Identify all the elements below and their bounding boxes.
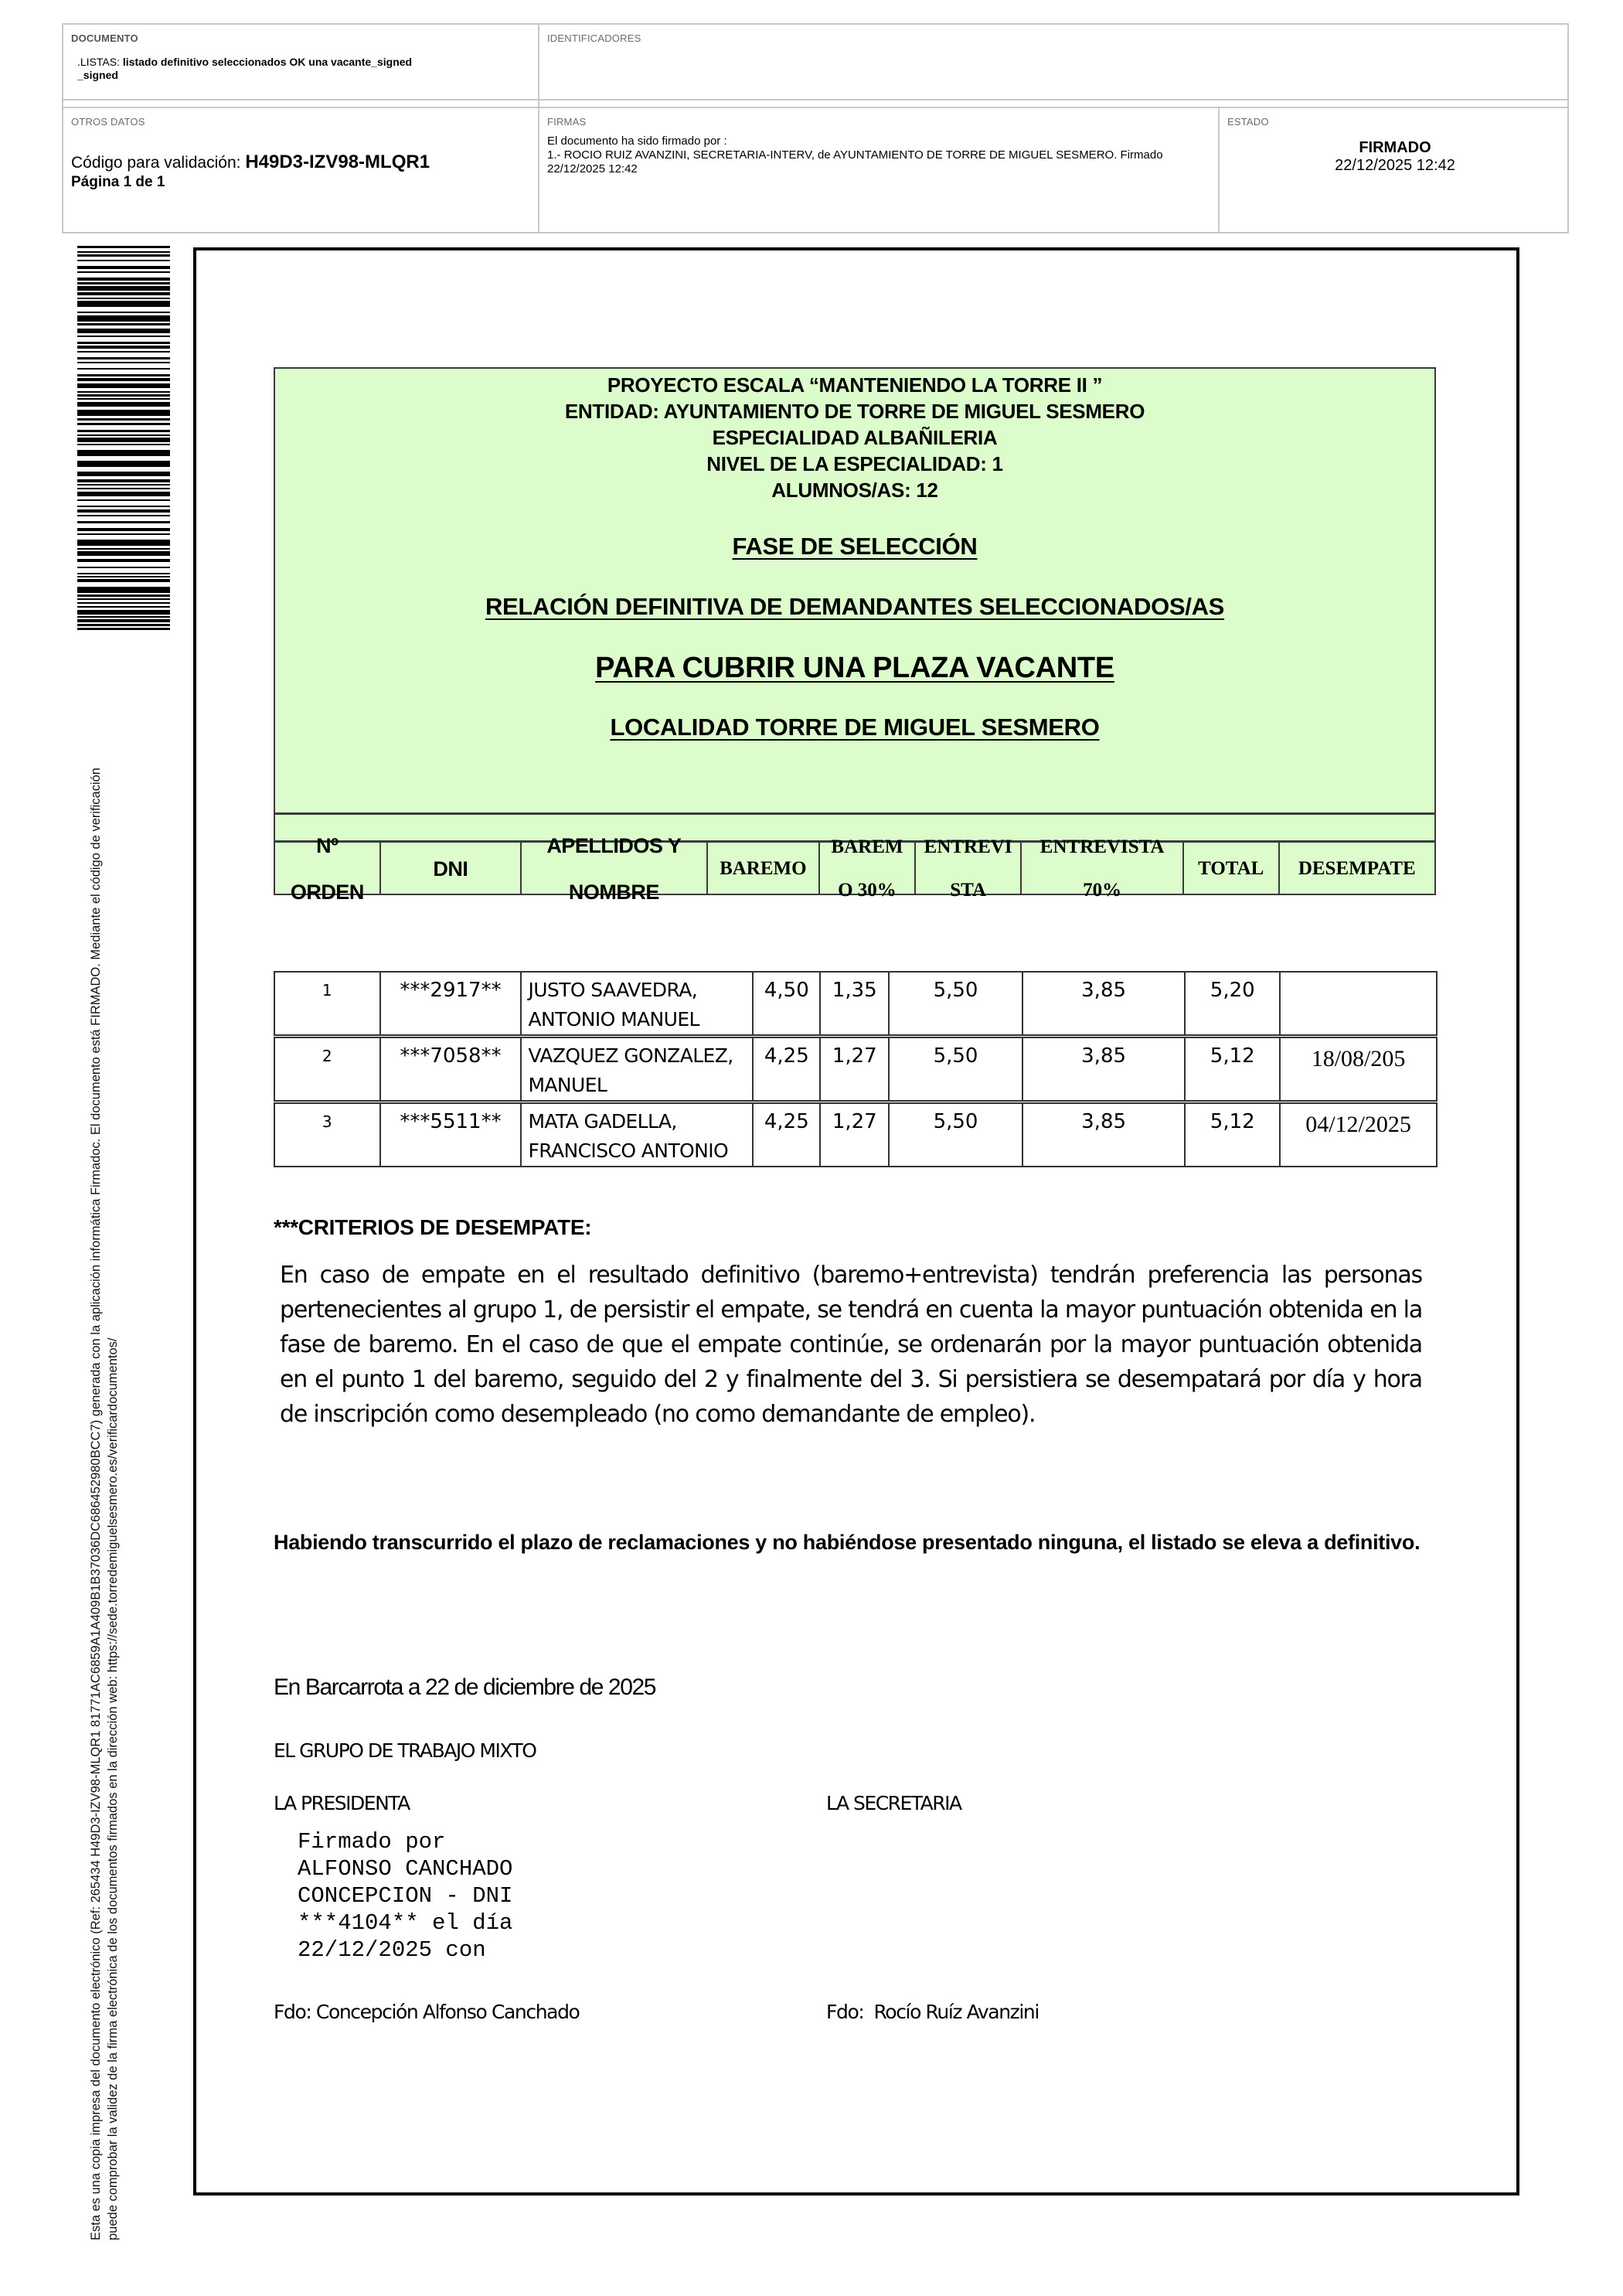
firmas-label: FIRMAS — [547, 116, 586, 128]
desempate-cell: 04/12/2025 — [1280, 1102, 1437, 1167]
divider — [275, 812, 1434, 815]
locality-title: LOCALIDAD TORRE DE MIGUEL SESMERO — [610, 714, 1099, 741]
purpose-title: PARA CUBRIR UNA PLAZA VACANTE — [595, 652, 1114, 684]
criteria-body: En caso de empate en el resultado defini… — [280, 1258, 1422, 1432]
header-block: PROYECTO ESCALA “MANTENIENDO LA TORRE II… — [274, 367, 1436, 895]
baremo-cell: 4,25 — [753, 1102, 820, 1167]
identificadores-box: IDENTIFICADORES — [538, 23, 1569, 100]
verification-side-note: Esta es una copia impresa del documento … — [87, 768, 121, 2240]
name-cell: MATA GADELLA,FRANCISCO ANTONIO — [521, 1102, 753, 1167]
name-cell: VAZQUEZ GONZALEZ,MANUEL — [521, 1037, 753, 1102]
validation-label: Código para validación: — [71, 154, 245, 172]
baremo-cell: 4,50 — [753, 972, 820, 1037]
table-row: 2***7058**VAZQUEZ GONZALEZ,MANUEL4,251,2… — [274, 1037, 1437, 1102]
column-header: BAREMO 30% — [820, 842, 916, 895]
documento-label: DOCUMENTO — [71, 32, 138, 44]
digital-signature-stamp: Firmado por ALFONSO CANCHADO CONCEPCION … — [298, 1828, 512, 1964]
validation-code: H49D3-IZV98-MLQR1 — [245, 152, 430, 172]
documento-box: DOCUMENTO .LISTAS: listado definitivo se… — [62, 23, 539, 100]
document-name-line2: _signed — [77, 69, 118, 81]
entrevista70-cell: 3,85 — [1022, 972, 1185, 1037]
entrevista-cell: 5,50 — [889, 1102, 1022, 1167]
dni-cell: ***2917** — [380, 972, 522, 1037]
page-indicator: Página 1 de 1 — [71, 174, 165, 191]
column-header: NºORDEN — [275, 842, 381, 895]
otros-datos-box: OTROS DATOS Código para validación: H49D… — [62, 107, 539, 233]
phase-title: FASE DE SELECCIÓN — [732, 533, 977, 560]
firmas-text: El documento ha sido firmado por : 1.- R… — [547, 135, 1163, 176]
phase-title-wrap: FASE DE SELECCIÓN — [275, 533, 1434, 560]
dni-cell: ***5511** — [380, 1102, 522, 1167]
side-note-line2: puede comprobar la validez de la firma e… — [104, 768, 121, 2240]
estado-label: ESTADO — [1227, 116, 1269, 128]
name-cell: JUSTO SAAVEDRA,ANTONIO MANUEL — [521, 972, 753, 1037]
students-title: ALUMNOS/AS: 12 — [275, 479, 1434, 502]
entrevista-cell: 5,50 — [889, 972, 1022, 1037]
validation-code-line: Código para validación: H49D3-IZV98-MLQR… — [71, 152, 430, 173]
order-cell: 1 — [274, 972, 380, 1037]
order-cell: 2 — [274, 1037, 380, 1102]
otros-datos-label: OTROS DATOS — [71, 116, 145, 128]
identificadores-label: IDENTIFICADORES — [547, 32, 641, 44]
signature-metadata-panel: DOCUMENTO .LISTAS: listado definitivo se… — [62, 23, 1569, 233]
working-group-label: EL GRUPO DE TRABAJO MIXTO — [274, 1739, 536, 1762]
side-note-line1: Esta es una copia impresa del documento … — [87, 768, 104, 2240]
firmas-line3: 22/12/2025 12:42 — [547, 162, 1163, 176]
entrevista-cell: 5,50 — [889, 1037, 1022, 1102]
column-header: DNI — [381, 842, 522, 895]
column-header: BAREMO — [708, 842, 821, 895]
relation-title: RELACIÓN DEFINITIVA DE DEMANDANTES SELEC… — [485, 593, 1224, 620]
column-header: DESEMPATE — [1280, 842, 1434, 895]
presidenta-signature-name: Fdo: Concepción Alfonso Canchado — [274, 2001, 579, 2023]
table-row: 1***2917**JUSTO SAAVEDRA,ANTONIO MANUEL4… — [274, 972, 1437, 1037]
entrevista70-cell: 3,85 — [1022, 1037, 1185, 1102]
table-header: NºORDENDNIAPELLIDOS YNOMBREBAREMOBAREMO … — [275, 842, 1434, 895]
relation-title-wrap: RELACIÓN DEFINITIVA DE DEMANDANTES SELEC… — [275, 593, 1434, 621]
dni-cell: ***7058** — [380, 1037, 522, 1102]
locality-title-wrap: LOCALIDAD TORRE DE MIGUEL SESMERO — [275, 714, 1434, 741]
column-header: ENTREVISTA — [916, 842, 1022, 895]
level-title: NIVEL DE LA ESPECIALIDAD: 1 — [275, 452, 1434, 476]
column-header: APELLIDOS YNOMBRE — [522, 842, 707, 895]
closing-statement: Habiendo transcurrido el plazo de reclam… — [274, 1528, 1438, 1557]
secretaria-label: LA SECRETARIA — [826, 1792, 961, 1814]
estado-box: ESTADO FIRMADO 22/12/2025 12:42 — [1218, 107, 1569, 233]
secretaria-signature-name: Fdo: Rocío Ruíz Avanzini — [826, 2001, 1039, 2023]
purpose-title-wrap: PARA CUBRIR UNA PLAZA VACANTE — [275, 652, 1434, 685]
status-datetime: 22/12/2025 12:42 — [1220, 157, 1570, 175]
desempate-cell: 18/08/205 — [1280, 1037, 1437, 1102]
specialty-title: ESPECIALIDAD ALBAÑILERIA — [275, 426, 1434, 450]
baremo30-cell: 1,35 — [820, 972, 889, 1037]
total-cell: 5,12 — [1185, 1102, 1280, 1167]
firmas-line1: El documento ha sido firmado por : — [547, 135, 1163, 148]
baremo30-cell: 1,27 — [820, 1102, 889, 1167]
document-prefix: .LISTAS: — [77, 56, 123, 68]
table-row: 3***5511**MATA GADELLA,FRANCISCO ANTONIO… — [274, 1102, 1437, 1167]
document-name-line1: listado definitivo seleccionados OK una … — [123, 56, 412, 68]
results-table: 1***2917**JUSTO SAAVEDRA,ANTONIO MANUEL4… — [274, 971, 1438, 1167]
firmas-box: FIRMAS El documento ha sido firmado por … — [538, 107, 1220, 233]
place-date: En Barcarrota a 22 de diciembre de 2025 — [274, 1674, 655, 1701]
entrevista70-cell: 3,85 — [1022, 1102, 1185, 1167]
baremo30-cell: 1,27 — [820, 1037, 889, 1102]
baremo-cell: 4,25 — [753, 1037, 820, 1102]
order-cell: 3 — [274, 1102, 380, 1167]
criteria-title: ***CRITERIOS DE DESEMPATE: — [274, 1215, 591, 1240]
column-header: ENTREVISTA70% — [1022, 842, 1183, 895]
barcode-icon — [77, 246, 170, 637]
total-cell: 5,12 — [1185, 1037, 1280, 1102]
entity-title: ENTIDAD: AYUNTAMIENTO DE TORRE DE MIGUEL… — [275, 400, 1434, 424]
total-cell: 5,20 — [1185, 972, 1280, 1037]
firmas-line2: 1.- ROCIO RUIZ AVANZINI, SECRETARIA-INTE… — [547, 148, 1163, 162]
desempate-cell — [1280, 972, 1437, 1037]
status-badge: FIRMADO — [1220, 139, 1570, 157]
column-header: TOTAL — [1184, 842, 1280, 895]
project-title: PROYECTO ESCALA “MANTENIENDO LA TORRE II… — [275, 373, 1434, 397]
presidenta-label: LA PRESIDENTA — [274, 1792, 410, 1814]
document-name: .LISTAS: listado definitivo seleccionado… — [77, 56, 412, 82]
